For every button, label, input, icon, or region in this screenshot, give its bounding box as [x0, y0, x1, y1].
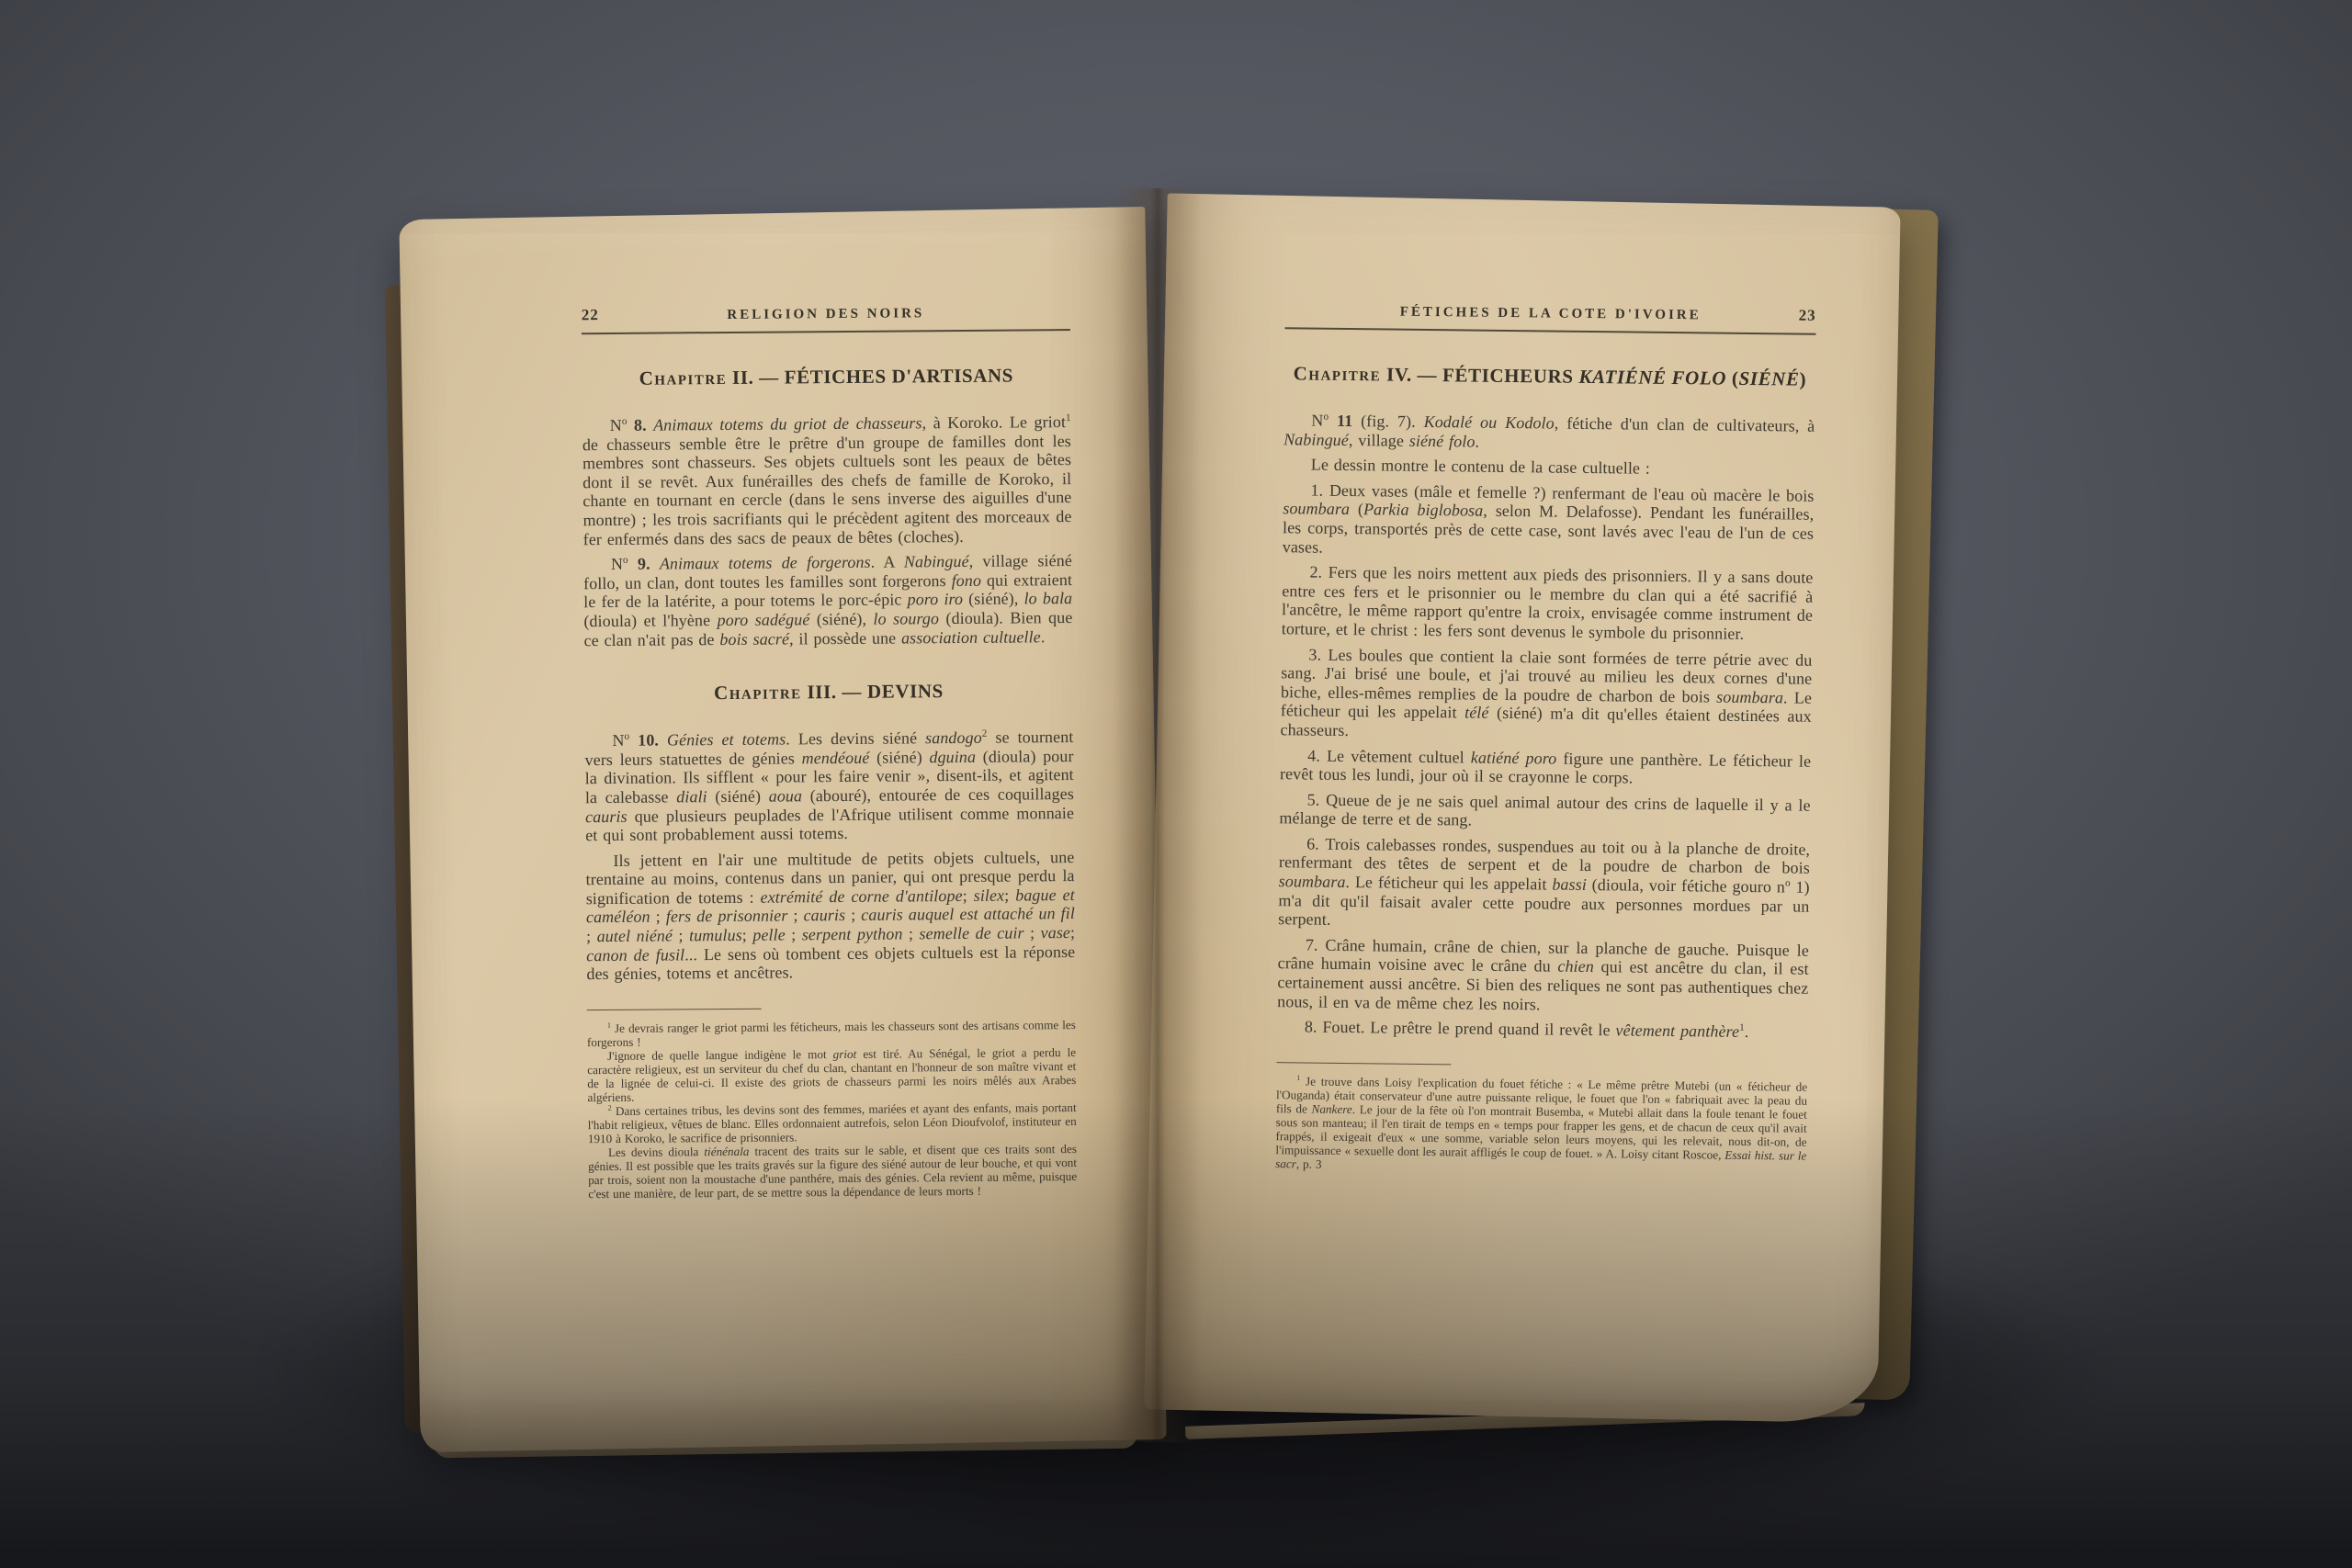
running-header-title-right: FÉTICHES DE LA COTE D'IVOIRE — [1344, 304, 1758, 324]
list-item-8: 8. Fouet. Le prêtre le prend quand il re… — [1277, 1017, 1808, 1042]
footnote-1-part1: 1 Je devrais ranger le griot parmi les f… — [587, 1018, 1076, 1049]
chapter-4-title: Chapitre IV. — FÉTICHEURS KATIÉNÉ FOLO (… — [1284, 362, 1815, 391]
page-left-content: 22 RELIGION DES NOIRS Chapitre II. — FÉT… — [582, 302, 1078, 1201]
page-number-left: 22 — [582, 306, 640, 325]
footnote-2-part1: 2 Dans certaines tribus, les devins sont… — [588, 1100, 1077, 1145]
list-item-7: 7. Crâne humain, crâne de chien, sur la … — [1277, 935, 1809, 1017]
running-header-spacer — [1012, 316, 1070, 317]
running-header-spacer — [1285, 314, 1344, 315]
header-rule-left — [582, 329, 1070, 334]
chapter-3-title: Chapitre III. — DEVINS — [584, 679, 1073, 705]
page-left: 22 RELIGION DES NOIRS Chapitre II. — FÉT… — [399, 207, 1166, 1452]
page-right: FÉTICHES DE LA COTE D'IVOIRE 23 Chapitre… — [1144, 193, 1900, 1423]
paragraph-no10: No 10. Génies et totems. Les devins sién… — [584, 728, 1074, 845]
list-item-3: 3. Les boules que contient la claie sont… — [1280, 645, 1812, 746]
running-header-right: FÉTICHES DE LA COTE D'IVOIRE 23 — [1285, 300, 1816, 325]
page-right-content: FÉTICHES DE LA COTE D'IVOIRE 23 Chapitre… — [1275, 300, 1816, 1176]
list-item-6: 6. Trois calebasses rondes, suspendues a… — [1278, 834, 1810, 935]
running-header-title-left: RELIGION DES NOIRS — [640, 306, 1012, 324]
open-book: 22 RELIGION DES NOIRS Chapitre II. — FÉT… — [0, 0, 2352, 1568]
footnote-1-part2: J'ignore de quelle langue indigène le mo… — [587, 1045, 1076, 1104]
paragraph-no11-lead: Le dessin montre le contenu de la case c… — [1283, 455, 1815, 479]
list-item-2: 2. Fers que les noirs mettent aux pieds … — [1282, 562, 1814, 644]
list-item-1: 1. Deux vases (mâle et femelle ?) renfer… — [1283, 480, 1815, 562]
list-item-4: 4. Le vêtement cultuel katiéné poro figu… — [1280, 746, 1811, 790]
chapter-2-title: Chapitre II. — FÉTICHES D'ARTISANS — [582, 364, 1070, 390]
list-item-5: 5. Queue de je ne sais quel animal autou… — [1279, 790, 1810, 834]
footnote-right: 1 Je trouve dans Loisy l'explication du … — [1275, 1074, 1807, 1177]
paragraph-no8: No 8. Animaux totems du griot de chasseu… — [582, 412, 1072, 548]
running-header-left: 22 RELIGION DES NOIRS — [582, 302, 1070, 324]
paragraph-no10-continued: Ils jettent en l'air une multitude de pe… — [585, 848, 1075, 984]
header-rule-right — [1285, 327, 1816, 335]
footnote-rule-left — [587, 1009, 762, 1010]
page-number-right: 23 — [1758, 306, 1816, 325]
footnote-2-part2: Les devins dioula tiénénala tracent des … — [588, 1142, 1077, 1201]
paragraph-no9: No 9. Animaux totems de forgerons. A Nab… — [583, 551, 1073, 649]
photo-backdrop: 22 RELIGION DES NOIRS Chapitre II. — FÉT… — [0, 0, 2352, 1568]
footnote-rule-right — [1276, 1062, 1451, 1065]
paragraph-no11-intro: No 11 (fig. 7). Kodalé ou Kodolo, fétich… — [1283, 411, 1815, 455]
